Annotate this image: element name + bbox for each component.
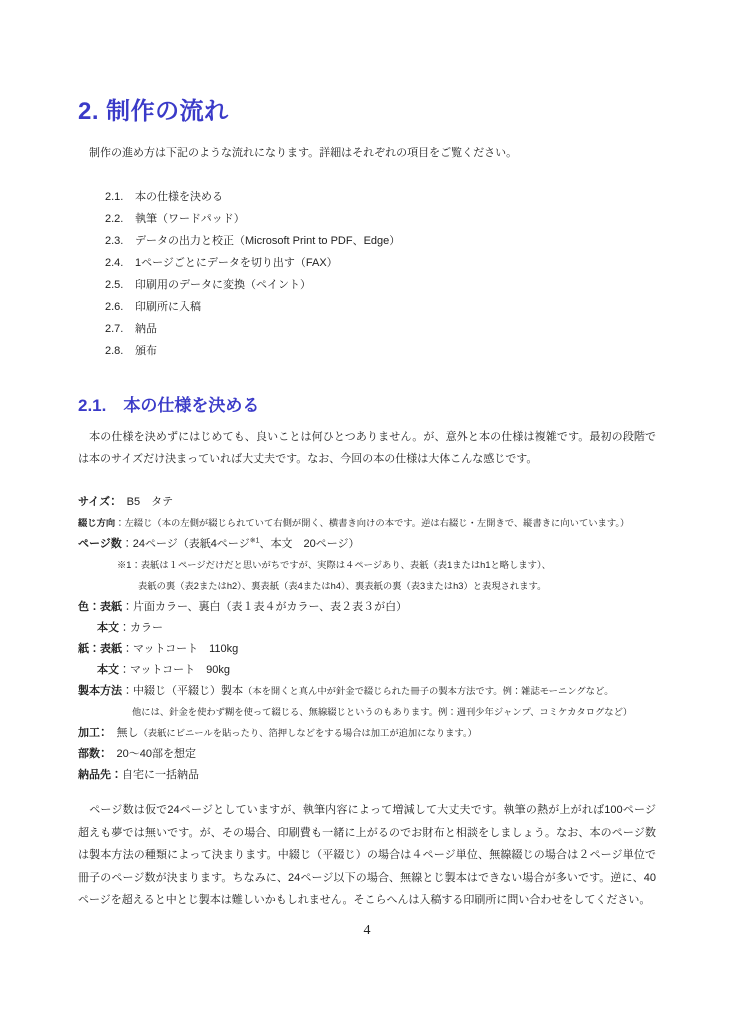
- spec-value: B5 タテ: [116, 496, 173, 508]
- spec-row: ページ数：24ページ（表紙4ページ※1、本文 20ページ）: [78, 534, 656, 555]
- toc-item: 2.1.本の仕様を決める: [105, 186, 656, 208]
- toc-item: 2.4.1ページごとにデータを切り出す（FAX）: [105, 252, 656, 274]
- toc-item-number: 2.4.: [105, 252, 135, 274]
- spec-label: 色：表紙: [78, 601, 122, 613]
- spec-label: 部数：: [78, 748, 106, 760]
- toc-item-label: データの出力と校正（Microsoft Print to PDF、Edge）: [135, 230, 656, 252]
- spec-value: （本を開くと真ん中が針金で綴じられた冊子の製本方法です。例：雑誌モーニングなど。: [243, 686, 614, 696]
- toc-item-label: 頒布: [135, 340, 656, 362]
- spec-row: 加工： 無し（表紙にビニールを貼ったり、箔押しなどをする場合は加工が追加になりま…: [78, 723, 656, 744]
- spec-row: 本文：カラー: [78, 618, 656, 639]
- spec-label: 綴じ方向: [78, 518, 115, 528]
- spec-value: 無し: [106, 727, 139, 739]
- chapter-intro-text: 制作の進め方は下記のような流れになります。詳細はそれぞれの項目をご覧ください。: [78, 145, 656, 162]
- document-page: 2. 制作の流れ 制作の進め方は下記のような流れになります。詳細はそれぞれの項目…: [0, 0, 732, 1024]
- spec-row: 他には、針金を使わず糊を使って綴じる、無線綴じというのもあります。例：週刊少年ジ…: [78, 702, 656, 723]
- spec-row: 紙：表紙：マットコート 110kg: [78, 639, 656, 660]
- page-number: 4: [78, 923, 656, 939]
- spec-label: 納品先：: [78, 769, 122, 781]
- section-heading: 2.1. 本の仕様を決める: [78, 395, 656, 417]
- spec-value: 自宅に一括納品: [122, 769, 199, 781]
- toc-item-label: 1ページごとにデータを切り出す（FAX）: [135, 252, 656, 274]
- spec-value: ※1: [250, 538, 260, 545]
- spec-value: ：カラー: [119, 622, 163, 634]
- spec-row: 部数： 20～40部を想定: [78, 744, 656, 765]
- spec-row: 納品先：自宅に一括納品: [78, 765, 656, 786]
- spec-list: サイズ： B5 タテ綴じ方向：左綴じ（本の左側が綴じられていて右側が開く、横書き…: [78, 492, 656, 786]
- toc-item-number: 2.7.: [105, 318, 135, 340]
- spec-label: 製本方法: [78, 685, 122, 697]
- spec-label: 加工：: [78, 727, 106, 739]
- toc-item: 2.5.印刷用のデータに変換（ペイント）: [105, 274, 656, 296]
- spec-value: ※1：表紙は１ページだけだと思いがちですが、実際は４ページあり、表紙（表1または…: [117, 560, 551, 570]
- spec-value: ：左綴じ: [115, 518, 152, 528]
- toc-item-label: 印刷所に入稿: [135, 296, 656, 318]
- toc-item-label: 納品: [135, 318, 656, 340]
- spec-row: サイズ： B5 タテ: [78, 492, 656, 513]
- toc-item-number: 2.2.: [105, 208, 135, 230]
- spec-value: ：中綴じ（平綴じ）製本: [122, 685, 243, 697]
- spec-value: ：片面カラー、裏白（表１表４がカラー、表２表３が白）: [122, 601, 407, 613]
- spec-row: 表紙の裏（表2またはh2）、裏表紙（表4またはh4）、裏表紙の裏（表3またはh3…: [78, 576, 656, 597]
- spec-label: ページ数: [78, 538, 122, 550]
- closing-paragraph: ページ数は仮で24ページとしていますが、執筆内容によって増減して大丈夫です。執筆…: [78, 799, 656, 911]
- spec-label: 紙：表紙: [78, 643, 122, 655]
- toc-item: 2.6.印刷所に入稿: [105, 296, 656, 318]
- toc-item: 2.8.頒布: [105, 340, 656, 362]
- spec-row: 色：表紙：片面カラー、裏白（表１表４がカラー、表２表３が白）: [78, 597, 656, 618]
- spec-label: 本文: [97, 622, 119, 634]
- page-content: 2. 制作の流れ 制作の進め方は下記のような流れになります。詳細はそれぞれの項目…: [78, 97, 656, 939]
- toc-item-number: 2.6.: [105, 296, 135, 318]
- spec-value: ：24ページ（表紙4ページ: [122, 538, 250, 550]
- toc-item: 2.2.執筆（ワードパッド）: [105, 208, 656, 230]
- spec-value: ：マットコート 90kg: [119, 664, 230, 676]
- spec-value: 、本文 20ページ）: [259, 538, 359, 550]
- spec-value: （表紙にビニールを貼ったり、箔押しなどをする場合は加工が追加になります。）: [139, 728, 477, 738]
- toc-list: 2.1.本の仕様を決める2.2.執筆（ワードパッド）2.3.データの出力と校正（…: [105, 186, 656, 362]
- spec-row: 本文：マットコート 90kg: [78, 660, 656, 681]
- spec-label: サイズ：: [78, 496, 116, 508]
- spec-value: 表紙の裏（表2またはh2）、裏表紙（表4またはh4）、裏表紙の裏（表3またはh3…: [138, 581, 546, 591]
- toc-item: 2.3.データの出力と校正（Microsoft Print to PDF、Edg…: [105, 230, 656, 252]
- spec-value: （本の左側が綴じられていて右側が開く、横書き向けの本です。逆は右綴じ・左開きで、…: [152, 518, 629, 528]
- toc-item-number: 2.5.: [105, 274, 135, 296]
- spec-label: 本文: [97, 664, 119, 676]
- spec-row: 製本方法：中綴じ（平綴じ）製本（本を開くと真ん中が針金で綴じられた冊子の製本方法…: [78, 681, 656, 702]
- spec-value: 他には、針金を使わず糊を使って綴じる、無線綴じというのもあります。例：週刊少年ジ…: [132, 707, 632, 717]
- toc-item: 2.7.納品: [105, 318, 656, 340]
- chapter-title: 2. 制作の流れ: [78, 97, 656, 127]
- spec-row: ※1：表紙は１ページだけだと思いがちですが、実際は４ページあり、表紙（表1または…: [78, 555, 656, 576]
- toc-item-label: 印刷用のデータに変換（ペイント）: [135, 274, 656, 296]
- section-lead-text: 本の仕様を決めずにはじめても、良いことは何ひとつありません。が、意外と本の仕様は…: [78, 426, 656, 471]
- spec-value: 20～40部を想定: [106, 748, 196, 760]
- toc-item-number: 2.3.: [105, 230, 135, 252]
- toc-item-number: 2.8.: [105, 340, 135, 362]
- toc-item-label: 執筆（ワードパッド）: [135, 208, 656, 230]
- toc-item-label: 本の仕様を決める: [135, 186, 656, 208]
- toc-item-number: 2.1.: [105, 186, 135, 208]
- spec-value: ：マットコート 110kg: [122, 643, 238, 655]
- spec-row: 綴じ方向：左綴じ（本の左側が綴じられていて右側が開く、横書き向けの本です。逆は右…: [78, 513, 656, 534]
